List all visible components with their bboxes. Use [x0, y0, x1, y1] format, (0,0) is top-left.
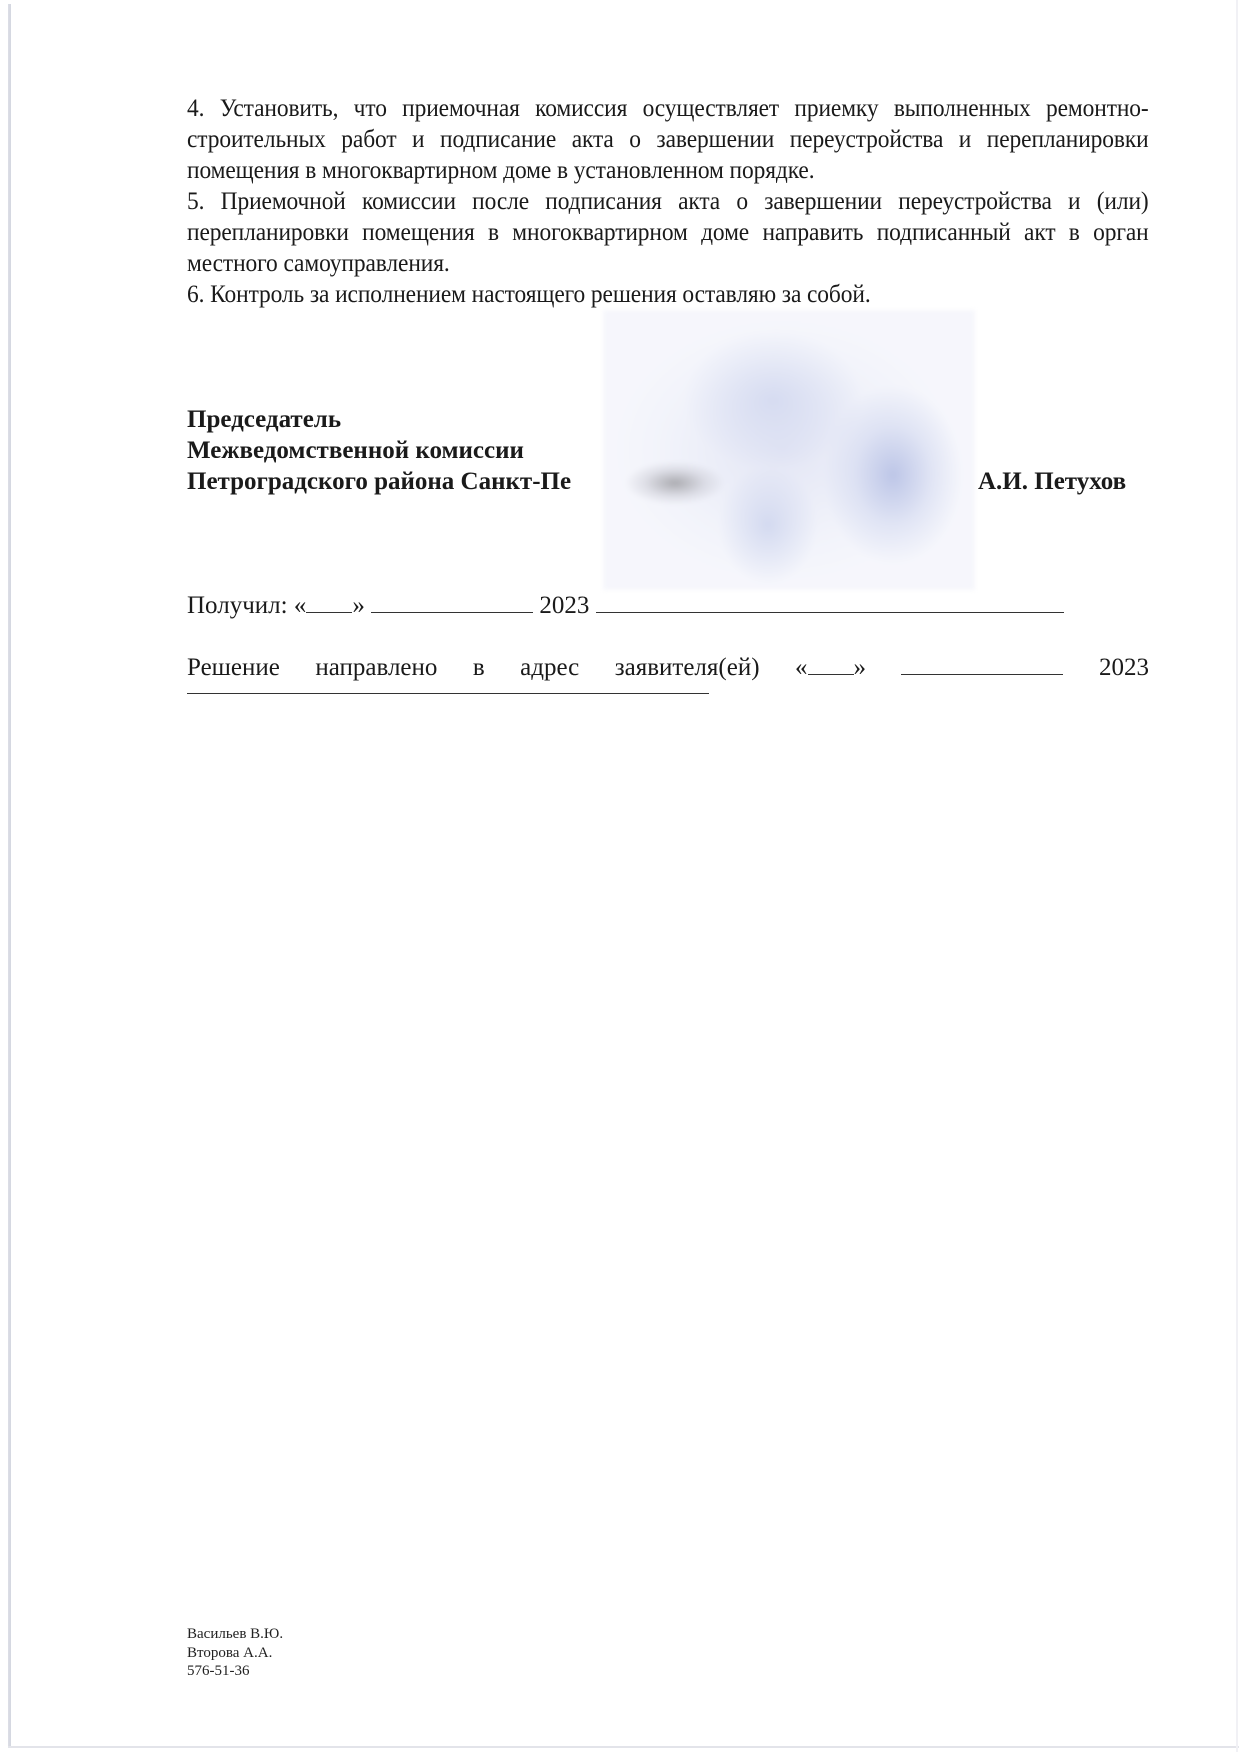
executor-contacts: Васильев В.Ю. Второва А.А. 576-51-36	[187, 1625, 283, 1681]
received-month-blank	[371, 590, 533, 613]
sent-year: 2023	[1099, 652, 1149, 683]
sent-word-5: заявителя(ей)	[615, 652, 760, 683]
sent-day-blank	[808, 652, 854, 675]
received-line: Получил: «» 2023	[187, 590, 1064, 621]
scan-page-edge-bottom	[8, 1746, 1239, 1748]
signatory-name: А.И. Петухов	[978, 466, 1126, 497]
sent-signature-blank	[187, 691, 709, 694]
sent-word-4: адрес	[520, 652, 579, 683]
redacted-stamp-signature	[603, 310, 975, 590]
received-label: Получил:	[187, 592, 288, 619]
sent-quote-close: »	[854, 652, 867, 683]
executor-name-1: Васильев В.Ю.	[187, 1625, 283, 1644]
sent-month-blank	[901, 652, 1063, 675]
sent-word-1: Решение	[187, 652, 280, 683]
decision-clauses: 4. Установить, что приемочная комиссия о…	[187, 93, 1149, 310]
sent-word-2: направлено	[315, 652, 437, 683]
received-quote-open: «	[294, 590, 307, 621]
clause-4: 4. Установить, что приемочная комиссия о…	[187, 93, 1149, 186]
sent-date-day: «»	[795, 652, 866, 683]
scan-page-edge-left	[8, 4, 11, 1746]
received-day-blank	[306, 590, 352, 613]
executor-phone: 576-51-36	[187, 1662, 283, 1681]
sent-quote-open: «	[795, 652, 808, 683]
scan-page-edge-right	[1236, 0, 1238, 1752]
received-year: 2023	[539, 592, 589, 619]
clause-5: 5. Приемочной комиссии после подписания …	[187, 186, 1149, 279]
received-quote-close: »	[352, 590, 365, 621]
clause-6: 6. Контроль за исполнением настоящего ре…	[187, 279, 1149, 310]
received-signature-blank	[596, 590, 1064, 613]
sent-line: Решение направлено в адрес заявителя(ей)…	[187, 652, 1149, 694]
sent-word-3: в	[473, 652, 485, 683]
executor-name-2: Второва А.А.	[187, 1644, 283, 1663]
